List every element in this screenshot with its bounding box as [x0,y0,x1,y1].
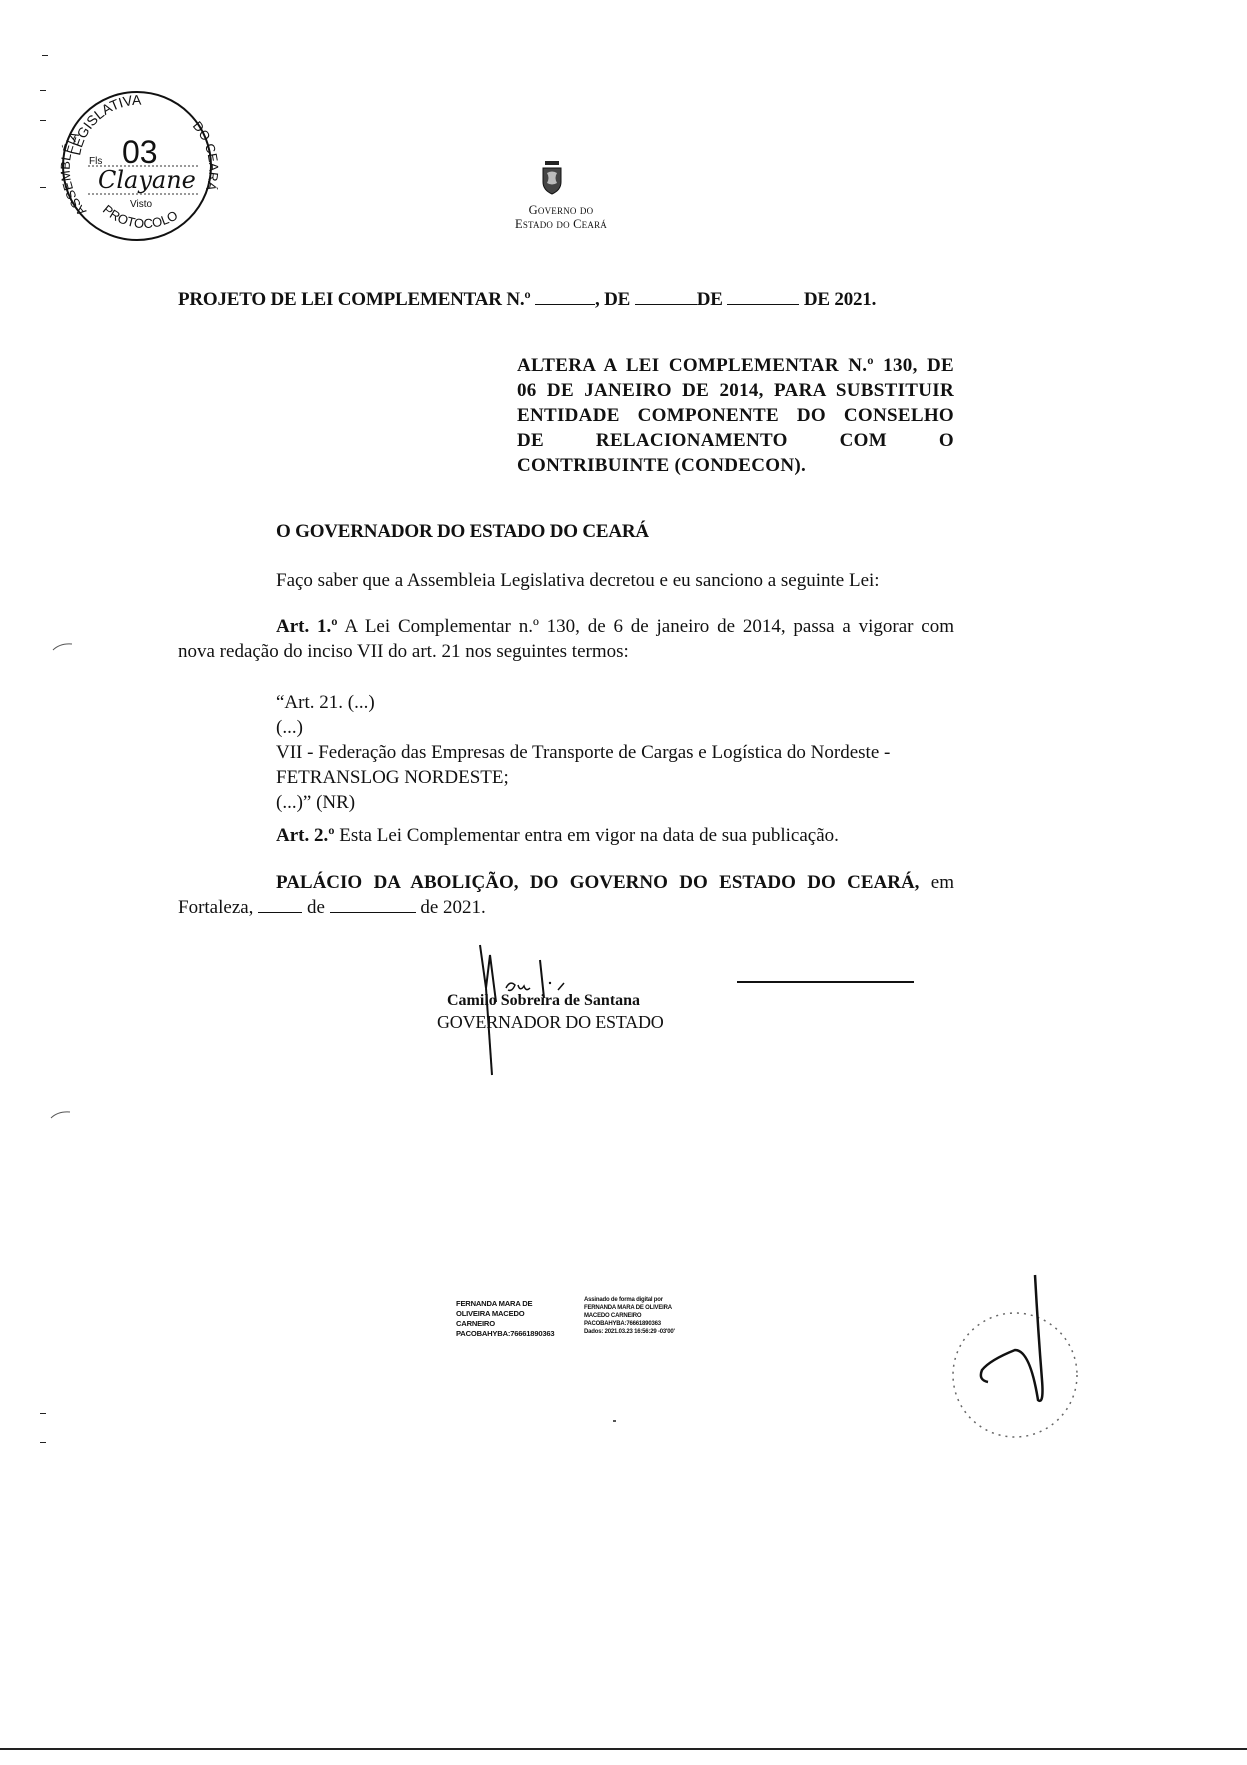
article-1-label: Art. 1.º [276,616,338,637]
quote-line: VII - Federação das Empresas de Transpor… [276,740,890,765]
svg-text:Visto: Visto [130,199,152,210]
initial-stamp-icon [920,1270,1100,1450]
ementa-line: ALTERA A LEI COMPLEMENTAR N.º 130, DE [517,353,954,378]
month-blank [727,288,799,305]
signature-detail-line: PACOBAHYBA:76661890363 [584,1320,675,1328]
scan-mark [40,90,46,91]
signer-line: PACOBAHYBA:76661890363 [456,1329,554,1339]
title-sep-1: , DE [595,289,630,310]
ementa-line: CONTRIBUINTE (CONDECON). [517,453,954,478]
title-prefix: PROJETO DE LEI COMPLEMENTAR N.º [178,289,530,310]
signer-line: OLIVEIRA MACEDO [456,1309,554,1319]
document-title: PROJETO DE LEI COMPLEMENTAR N.º , DE DE … [178,288,876,311]
article-2-text: Esta Lei Complementar entra em vigor na … [339,825,839,846]
protocol-stamp: LEGISLATIVA ASSEMBLÉIA DO CEARÁ PROTOCOL… [52,86,222,246]
scan-mark [40,1413,46,1414]
governor-heading: O GOVERNADOR DO ESTADO DO CEARÁ [276,521,649,543]
digital-signature-details: Assinado de forma digital por FERNANDA M… [584,1296,675,1336]
quote-line: “Art. 21. (...) [276,690,890,715]
coat-of-arms-icon [540,160,564,196]
date-city: Fortaleza, [178,897,253,918]
quote-line: FETRANSLOG NORDESTE; [276,765,890,790]
scan-mark [48,1108,78,1122]
date-month-blank [330,898,416,913]
article-1-text-cont: nova redação do inciso VII do art. 21 no… [178,639,954,664]
ementa: ALTERA A LEI COMPLEMENTAR N.º 130, DE 06… [517,353,954,478]
title-sep-2: DE [697,289,723,310]
ementa-line: 06 DE JANEIRO DE 2014, PARA SUBSTITUIR [517,378,954,403]
scan-mark [40,1442,46,1443]
quote-line: (...)” (NR) [276,790,890,815]
signature-detail-line: Assinado de forma digital por [584,1296,675,1304]
scan-mark [50,640,80,654]
svg-text:Clayane: Clayane [98,166,196,194]
stamp-seal-icon: LEGISLATIVA ASSEMBLÉIA DO CEARÁ PROTOCOL… [52,86,222,246]
signatory-name: Camilo Sobreira de Santana [447,992,640,1010]
svg-text:03: 03 [122,134,158,170]
government-header: Governo do Estado do Ceará [496,203,626,231]
signature-detail-line: FERNANDA MARA DE OLIVEIRA [584,1304,675,1312]
quote-line: (...) [276,715,890,740]
digital-signer-name: FERNANDA MARA DE OLIVEIRA MACEDO CARNEIR… [456,1299,554,1339]
enactment-clause: Faço saber que a Assembleia Legislativa … [276,568,880,593]
scan-dot [613,1420,616,1422]
header-line-1: Governo do [496,203,626,217]
closing-place-date: PALÁCIO DA ABOLIÇÃO, DO GOVERNO DO ESTAD… [178,870,954,920]
amendment-quote: “Art. 21. (...) (...) VII - Federação da… [276,690,890,815]
signer-line: FERNANDA MARA DE [456,1299,554,1309]
signature-detail-line: MACEDO CARNEIRO [584,1312,675,1320]
signature-line [737,981,914,983]
palace-name: PALÁCIO DA ABOLIÇÃO, DO GOVERNO DO ESTAD… [276,872,919,893]
scan-mark [40,120,46,121]
scan-mark [42,55,48,56]
ementa-line: DE RELACIONAMENTO COM O [517,428,954,453]
scan-mark [40,187,46,188]
article-1: Art. 1.º A Lei Complementar n.º 130, de … [178,614,954,664]
page-bottom-rule [0,1748,1247,1750]
palace-rest: em [919,872,954,893]
article-1-text: A Lei Complementar n.º 130, de 6 de jane… [344,616,954,637]
date-day-blank [258,898,302,913]
article-2: Art. 2.º Esta Lei Complementar entra em … [276,823,839,848]
signer-line: CARNEIRO [456,1319,554,1329]
ementa-line: ENTIDADE COMPONENTE DO CONSELHO [517,403,954,428]
date-year: de 2021. [420,897,485,918]
header-line-2: Estado do Ceará [496,217,626,231]
number-blank [535,288,595,305]
article-2-label: Art. 2.º [276,825,335,846]
day-blank [635,288,697,305]
signatory-role: GOVERNADOR DO ESTADO [437,1012,664,1033]
title-suffix: DE 2021. [804,289,876,310]
signature-detail-line: Dados: 2021.03.23 16:56:29 -03'00' [584,1328,675,1336]
date-de: de [307,897,325,918]
